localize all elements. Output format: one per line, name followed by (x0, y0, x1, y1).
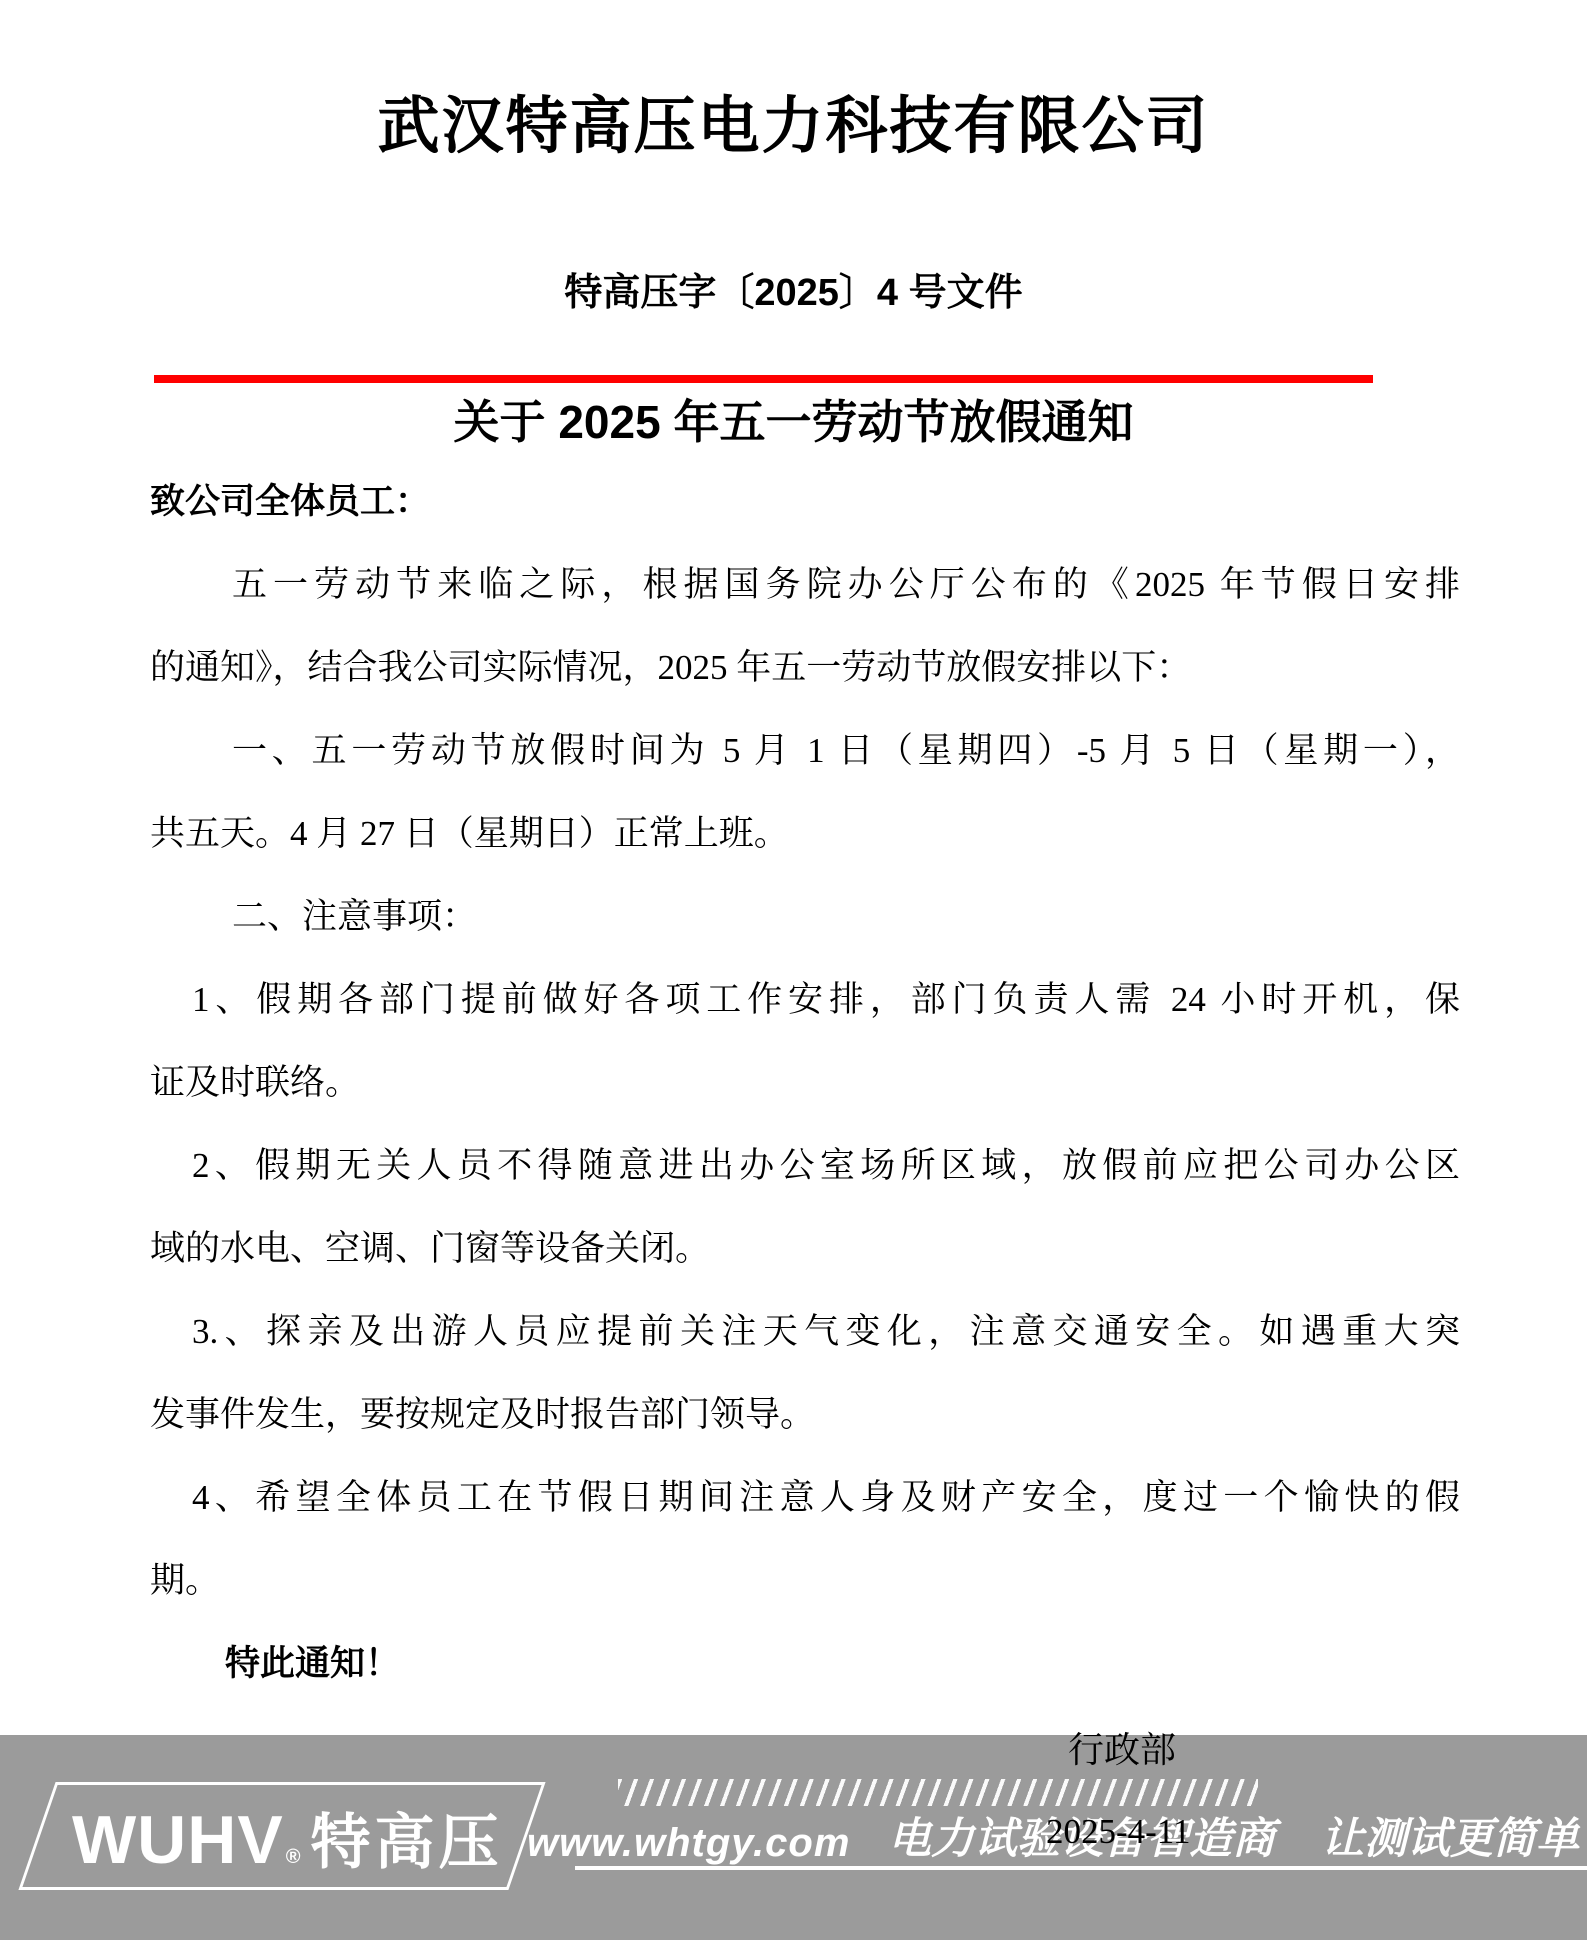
footer-banner: WUHV ® 特高压 www.whtgy.com 电力试验设备智造商 让测试更简… (0, 1735, 1587, 1940)
document-number: 特高压字〔2025〕4 号文件 (0, 272, 1587, 314)
signature-department: 行政部 (1068, 1730, 1176, 1770)
diagonal-stripes-decoration (618, 1779, 1258, 1806)
body-line: 二、注意事项： (150, 875, 1460, 958)
body-line: 五一劳动节来临之际，根据国务院办公厅公布的《2025 年节假日安排 (150, 543, 1460, 626)
website-url: www.whtgy.com (527, 1821, 850, 1865)
salutation-line: 致公司全体员工： (150, 460, 1460, 543)
notice-body: 致公司全体员工： 五一劳动节来临之际，根据国务院办公厅公布的《2025 年节假日… (150, 460, 1460, 1705)
body-line: 一、五一劳动节放假时间为 5 月 1 日（星期四）-5 月 5 日（星期一）， (150, 709, 1460, 792)
body-line: 发事件发生，要按规定及时报告部门领导。 (150, 1373, 1460, 1456)
body-line: 期。 (150, 1539, 1460, 1622)
notice-document-page: 武汉特高压电力科技有限公司 特高压字〔2025〕4 号文件 关于 2025 年五… (0, 0, 1587, 1948)
footer-slogan: 电力试验设备智造商 让测试更简单 (888, 1815, 1579, 1863)
slogan-part-2: 让测试更简单 (1321, 1815, 1579, 1863)
body-line: 证及时联络。 (150, 1041, 1460, 1124)
body-line: 共五天。4 月 27 日（星期日）正常上班。 (150, 792, 1460, 875)
company-title: 武汉特高压电力科技有限公司 (0, 94, 1587, 160)
wuhv-logo: WUHV ® 特高压 (72, 1795, 503, 1875)
body-line: 2、假期无关人员不得随意进出办公室场所区域，放假前应把公司办公区 (150, 1124, 1460, 1207)
brand-cjk-wordmark: 特高压 (311, 1795, 503, 1881)
red-divider-rule (154, 375, 1373, 383)
body-line: 3.、探亲及出游人员应提前关注天气变化，注意交通安全。如遇重大突 (150, 1290, 1460, 1373)
wuhv-wordmark: WUHV (72, 1800, 284, 1880)
body-line: 4、希望全体员工在节假日期间注意人身及财产安全，度过一个愉快的假 (150, 1456, 1460, 1539)
footer-underline (575, 1866, 1587, 1870)
body-line: 的通知》，结合我公司实际情况，2025 年五一劳动节放假安排以下： (150, 626, 1460, 709)
signature-date: 2025-4-11 (1046, 1812, 1191, 1852)
notice-heading: 关于 2025 年五一劳动节放假通知 (0, 396, 1587, 448)
registered-trademark-icon: ® (286, 1846, 301, 1869)
body-line: 域的水电、空调、门窗等设备关闭。 (150, 1207, 1460, 1290)
body-line: 1、假期各部门提前做好各项工作安排，部门负责人需 24 小时开机，保 (150, 958, 1460, 1041)
closing-line: 特此通知！ (150, 1622, 1460, 1705)
